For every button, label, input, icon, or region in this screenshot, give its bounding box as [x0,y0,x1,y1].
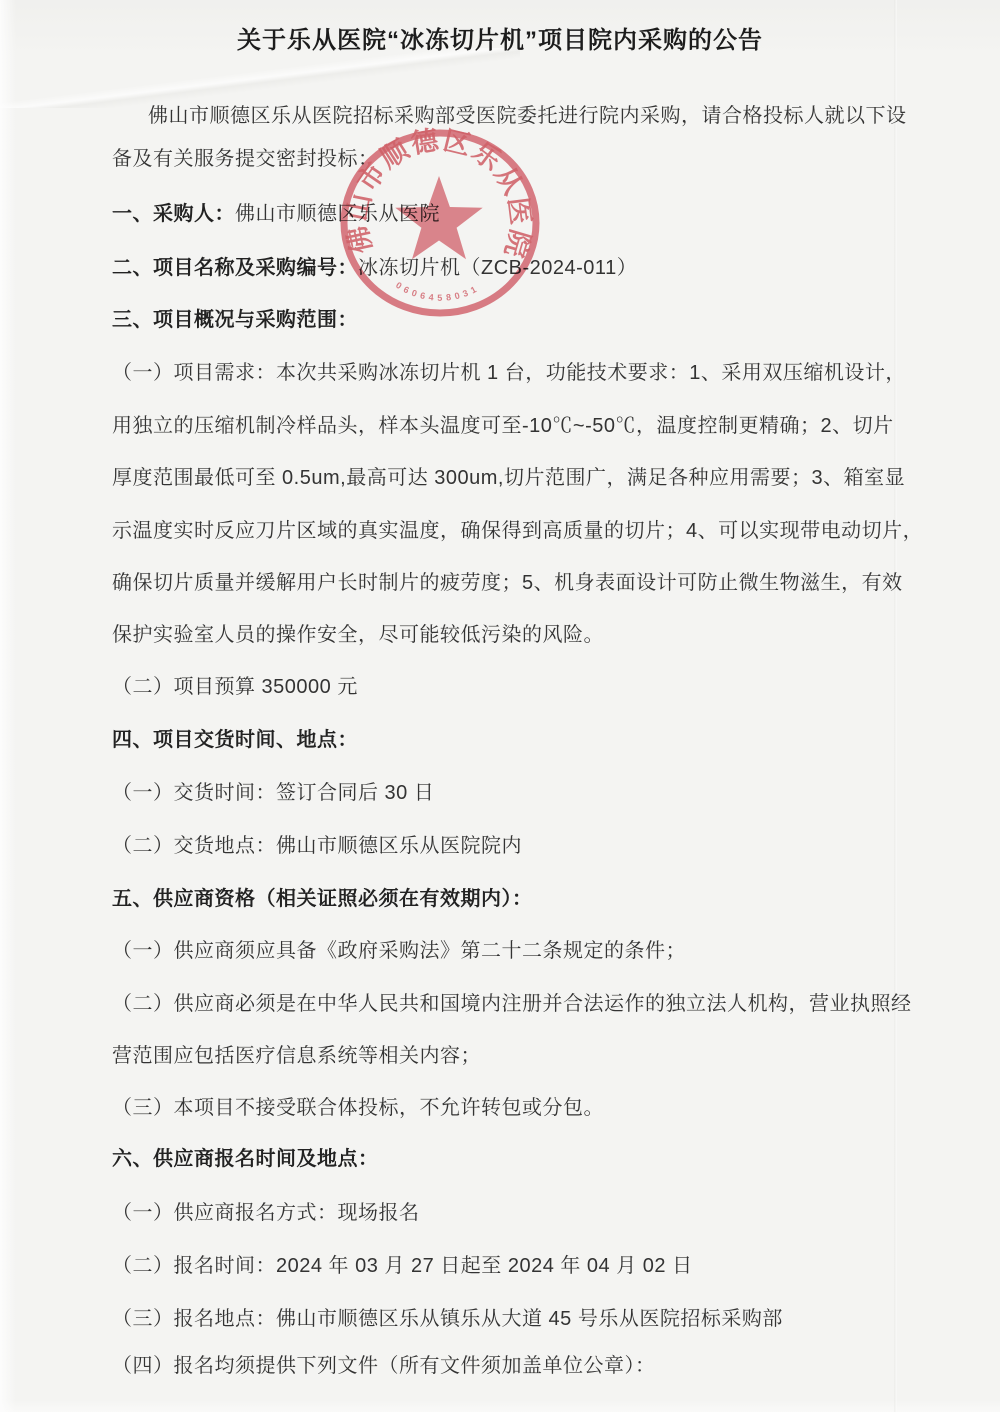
body-line: （二）供应商必须是在中华人民共和国境内注册并合法运作的独立法人机构，营业执照经 [112,991,922,1017]
section-heading: 六、供应商报名时间及地点： [112,1146,922,1172]
document-title: 关于乐从医院“冰冻切片机”项目院内采购的公告 [0,20,1000,55]
body-line: 示温度实时反应刀片区域的真实温度，确保得到高质量的切片；4、可以实现带电动切片， [112,518,922,544]
section-heading: 三、项目概况与采购范围： [112,307,922,333]
body-line: 确保切片质量并缓解用户长时制片的疲劳度；5、机身表面设计可防止微生物滋生，有效 [112,570,922,596]
body-line: （三）本项目不接受联合体投标，不允许转包或分包。 [112,1095,922,1121]
section-heading: 四、项目交货时间、地点： [112,727,922,753]
body-line: 备及有关服务提交密封投标： [112,146,922,172]
section-heading: 一、采购人：佛山市顺德区乐从医院 [112,201,922,227]
body-line: （二）交货地点：佛山市顺德区乐从医院院内 [112,833,922,859]
body-line: （一）项目需求：本次共采购冰冻切片机 1 台，功能技术要求：1、采用双压缩机设计… [112,360,922,386]
paper-crease [0,48,520,108]
body-line: （一）供应商报名方式：现场报名 [112,1200,922,1226]
scanned-page: 关于乐从医院“冰冻切片机”项目院内采购的公告 佛山市顺德区乐从医院招标采购部受医… [0,0,1000,1412]
svg-text:0606458031: 0606458031 [394,280,481,303]
body-line: 厚度范围最低可至 0.5um,最高可达 300um,切片范围广，满足各种应用需要… [112,465,922,491]
body-line: （二）项目预算 350000 元 [112,674,922,700]
body-line: （四）报名均须提供下列文件（所有文件须加盖单位公章）： [112,1353,922,1379]
body-line: 用独立的压缩机制冷样品头，样本头温度可至-10℃~-50℃，温度控制更精确；2、… [112,413,922,439]
seal-serial: 0606458031 [394,280,481,303]
body-line: （三）报名地点：佛山市顺德区乐从镇乐从大道 45 号乐从医院招标采购部 [112,1306,922,1332]
body-line: 佛山市顺德区乐从医院招标采购部受医院委托进行院内采购，请合格投标人就以下设 [148,103,958,129]
body-line: （一）交货时间：签订合同后 30 日 [112,780,922,806]
section-heading: 二、项目名称及采购编号：冰冻切片机（ZCB-2024-011） [112,255,922,281]
body-line: 保护实验室人员的操作安全，尽可能较低污染的风险。 [112,622,922,648]
section-heading: 五、供应商资格（相关证照必须在有效期内）： [112,886,922,912]
body-line: 营范围应包括医疗信息系统等相关内容； [112,1043,922,1069]
body-line: （二）报名时间：2024 年 03 月 27 日起至 2024 年 04 月 0… [112,1253,922,1279]
body-line: （一）供应商须应具备《政府采购法》第二十二条规定的条件； [112,938,922,964]
